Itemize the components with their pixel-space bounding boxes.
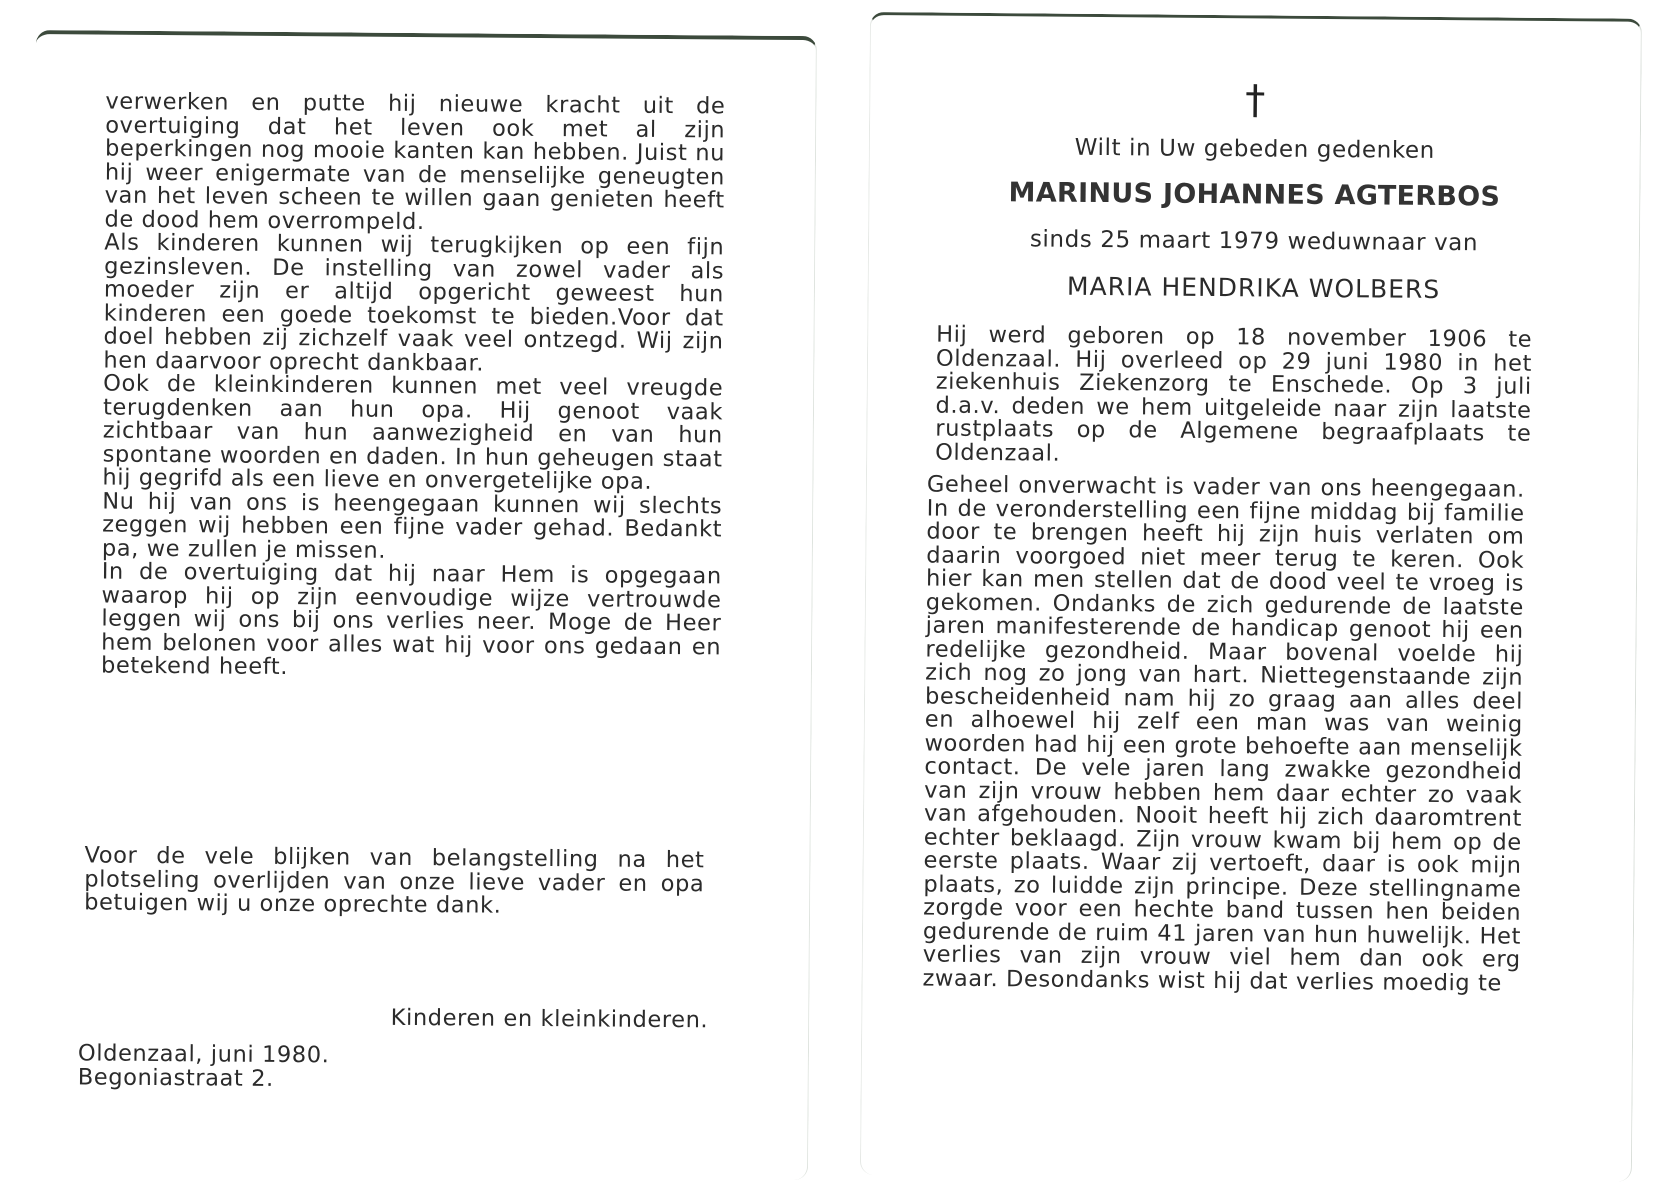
spouse-name: MARIA HENDRIKA WOLBERS	[869, 273, 1639, 303]
memorial-text-continuation: verwerken en putte hij nieuwe kracht uit…	[101, 91, 726, 683]
memorial-card-front: † Wilt in Uw gebeden gedenken MARINUS JO…	[860, 12, 1642, 1182]
paragraph: In de overtuiging dat hij naar Hem is op…	[101, 561, 722, 683]
life-dates-paragraph: Hij werd geboren op 18 november 1906 te …	[935, 324, 1532, 470]
paragraph: Ook de kleinkinderen kunnen met veel vre…	[102, 373, 723, 495]
place-and-address: Oldenzaal, juni 1980. Begoniastraat 2.	[78, 1042, 478, 1092]
paragraph: Nu hij van ons is heengegaan kunnen wij …	[102, 490, 723, 565]
biography-paragraph: Geheel onverwacht is vader van ons heeng…	[922, 474, 1524, 996]
thank-you-note: Voor de vele blijken van belangstelling …	[84, 844, 705, 919]
address: Begoniastraat 2.	[78, 1066, 478, 1093]
prayer-line: Wilt in Uw gebeden gedenken	[870, 135, 1640, 165]
widower-line: sinds 25 maart 1979 weduwnaar van	[869, 227, 1639, 257]
paragraph: verwerken en putte hij nieuwe kracht uit…	[104, 91, 725, 237]
cross-icon: †	[870, 77, 1640, 124]
signature: Kinderen en kleinkinderen.	[308, 1006, 708, 1033]
deceased-name: MARINUS JOHANNES AGTERBOS	[869, 180, 1639, 210]
memorial-card-back: verwerken en putte hij nieuwe kracht uit…	[27, 30, 817, 1180]
paragraph: Als kinderen kunnen wij terugkijken op e…	[103, 232, 724, 378]
